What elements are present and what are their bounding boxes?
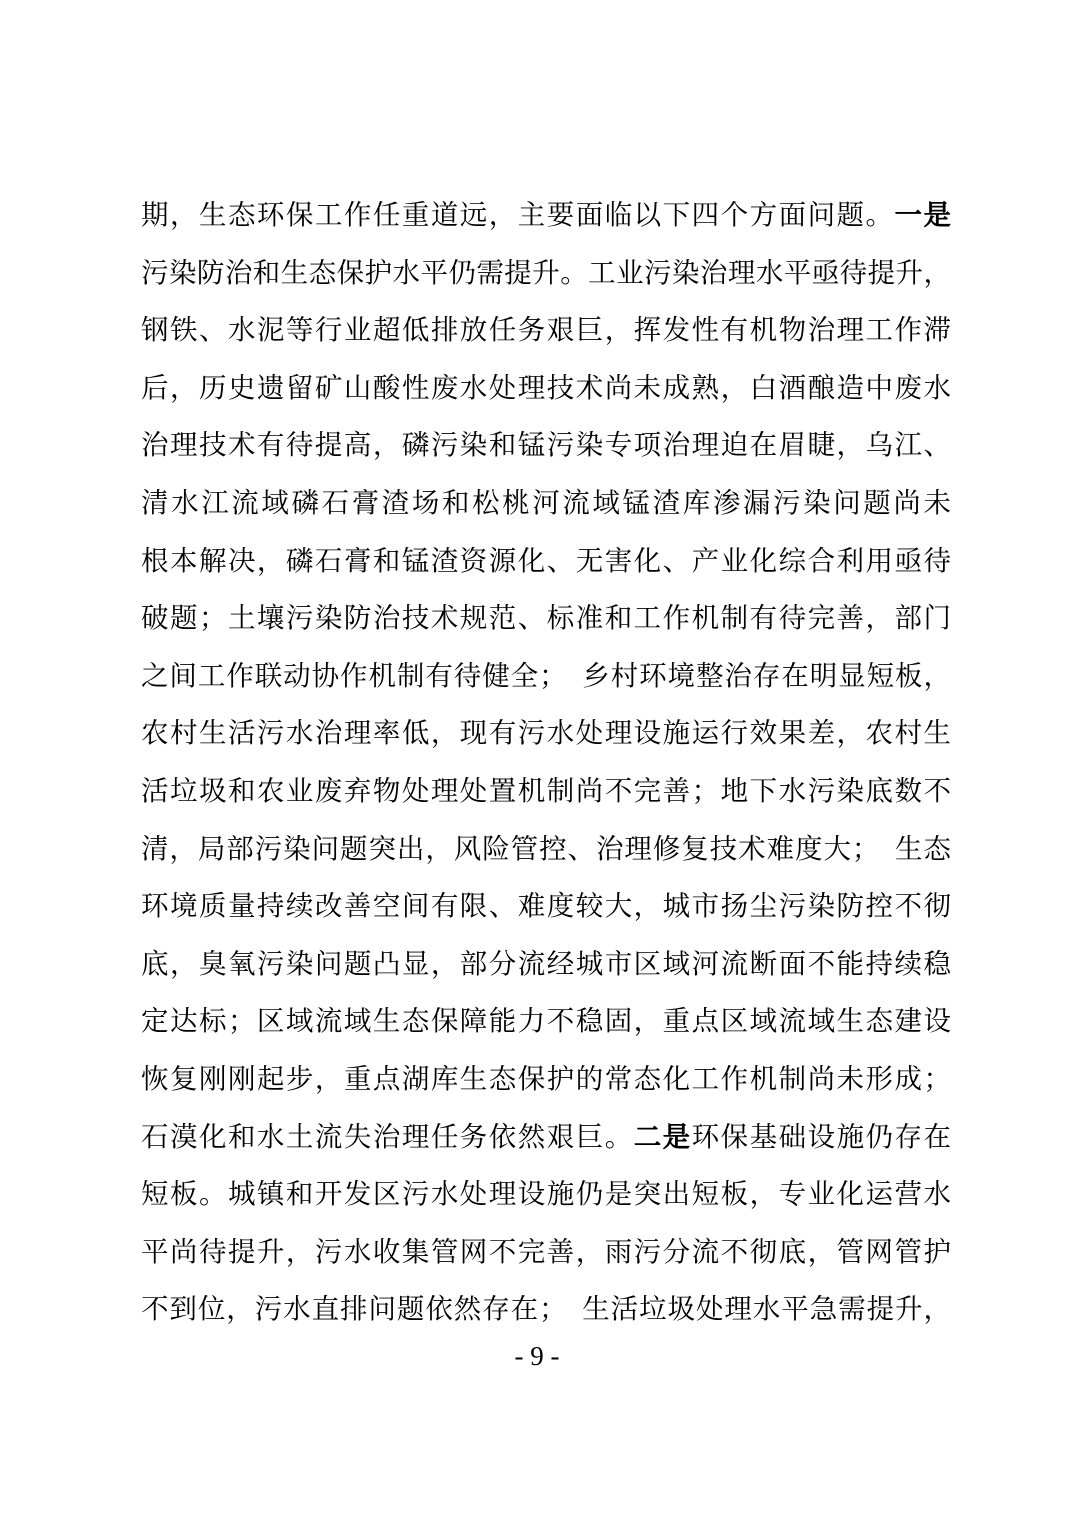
text-line: 之间工作联动协作机制有待健全； 乡村环境整治存在明显短板， (141, 647, 951, 705)
body-text-segment: 农村生活污水治理率低，现有污水处理设施运行效果差，农村生 (141, 717, 951, 748)
text-line: 活垃圾和农业废弃物处理处置机制尚不完善；地下水污染底数不 (141, 762, 951, 820)
body-text-segment: 污染防治和生态保护水平仍需提升。工业污染治理水平亟待提升， (141, 257, 951, 288)
text-line: 破题；土壤污染防治技术规范、标准和工作机制有待完善，部门 (141, 589, 951, 647)
bold-marker-text: 一是 (895, 199, 951, 230)
text-line: 清，局部污染问题突出，风险管控、治理修复技术难度大； 生态 (141, 820, 951, 878)
text-line: 期，生态环保工作任重道远，主要面临以下四个方面问题。一是 (141, 186, 951, 244)
page-footer: - 9 - (0, 1336, 1074, 1376)
text-line: 平尚待提升，污水收集管网不完善，雨污分流不彻底，管网管护 (141, 1223, 951, 1281)
body-text-segment: 清，局部污染问题突出，风险管控、治理修复技术难度大； 生态 (141, 833, 951, 864)
body-text-segment: 环境质量持续改善空间有限、难度较大，城市扬尘污染防控不彻 (141, 890, 951, 921)
text-line: 后，历史遗留矿山酸性废水处理技术尚未成熟，白酒酿造中废水 (141, 359, 951, 417)
text-line: 环境质量持续改善空间有限、难度较大，城市扬尘污染防控不彻 (141, 877, 951, 935)
bold-marker-text: 二是 (634, 1121, 692, 1152)
text-line: 不到位，污水直排问题依然存在； 生活垃圾处理水平急需提升， (141, 1280, 951, 1338)
text-line: 定达标；区域流域生态保障能力不稳固，重点区域流域生态建设 (141, 992, 951, 1050)
body-text-segment: 根本解决，磷石膏和锰渣资源化、无害化、产业化综合利用亟待 (141, 545, 951, 576)
body-text-segment: 不到位，污水直排问题依然存在； 生活垃圾处理水平急需提升， (141, 1293, 951, 1324)
text-line: 根本解决，磷石膏和锰渣资源化、无害化、产业化综合利用亟待 (141, 532, 951, 590)
body-text-segment: 破题；土壤污染防治技术规范、标准和工作机制有待完善，部门 (141, 602, 951, 633)
body-text-segment: 活垃圾和农业废弃物处理处置机制尚不完善；地下水污染底数不 (141, 775, 951, 806)
body-text-segment: 治理技术有待提高，磷污染和锰污染专项治理迫在眉睫，乌江、 (141, 429, 951, 460)
body-text-segment: 石漠化和水土流失治理任务依然艰巨。 (141, 1121, 634, 1152)
body-text-segment: 后，历史遗留矿山酸性废水处理技术尚未成熟，白酒酿造中废水 (141, 372, 951, 403)
body-text-segment: 环保基础设施仍存在 (692, 1121, 951, 1152)
page-number: - 9 - (515, 1341, 560, 1371)
text-line: 短板。城镇和开发区污水处理设施仍是突出短板，专业化运营水 (141, 1165, 951, 1223)
text-line: 治理技术有待提高，磷污染和锰污染专项治理迫在眉睫，乌江、 (141, 416, 951, 474)
body-text-segment: 之间工作联动协作机制有待健全； 乡村环境整治存在明显短板， (141, 660, 951, 691)
body-text-segment: 钢铁、水泥等行业超低排放任务艰巨，挥发性有机物治理工作滞 (141, 314, 951, 345)
body-text-segment: 恢复刚刚起步，重点湖库生态保护的常态化工作机制尚未形成； (141, 1063, 951, 1094)
document-page: 期，生态环保工作任重道远，主要面临以下四个方面问题。一是污染防治和生态保护水平仍… (0, 0, 1074, 1520)
text-line: 底，臭氧污染问题凸显，部分流经城市区域河流断面不能持续稳 (141, 935, 951, 993)
body-text-segment: 短板。城镇和开发区污水处理设施仍是突出短板，专业化运营水 (141, 1178, 951, 1209)
text-line: 污染防治和生态保护水平仍需提升。工业污染治理水平亟待提升， (141, 244, 951, 302)
text-line: 钢铁、水泥等行业超低排放任务艰巨，挥发性有机物治理工作滞 (141, 301, 951, 359)
body-text-segment: 清水江流域磷石膏渣场和松桃河流域锰渣库渗漏污染问题尚未 (141, 487, 951, 518)
text-line: 清水江流域磷石膏渣场和松桃河流域锰渣库渗漏污染问题尚未 (141, 474, 951, 532)
body-text-segment: 底，臭氧污染问题凸显，部分流经城市区域河流断面不能持续稳 (141, 948, 951, 979)
body-text-segment: 平尚待提升，污水收集管网不完善，雨污分流不彻底，管网管护 (141, 1236, 951, 1267)
text-line: 石漠化和水土流失治理任务依然艰巨。二是环保基础设施仍存在 (141, 1108, 951, 1166)
body-text-segment: 定达标；区域流域生态保障能力不稳固，重点区域流域生态建设 (141, 1005, 951, 1036)
body-text: 期，生态环保工作任重道远，主要面临以下四个方面问题。一是污染防治和生态保护水平仍… (141, 186, 951, 1338)
text-line: 农村生活污水治理率低，现有污水处理设施运行效果差，农村生 (141, 704, 951, 762)
body-text-segment: 期，生态环保工作任重道远，主要面临以下四个方面问题。 (141, 199, 895, 230)
text-line: 恢复刚刚起步，重点湖库生态保护的常态化工作机制尚未形成； (141, 1050, 951, 1108)
